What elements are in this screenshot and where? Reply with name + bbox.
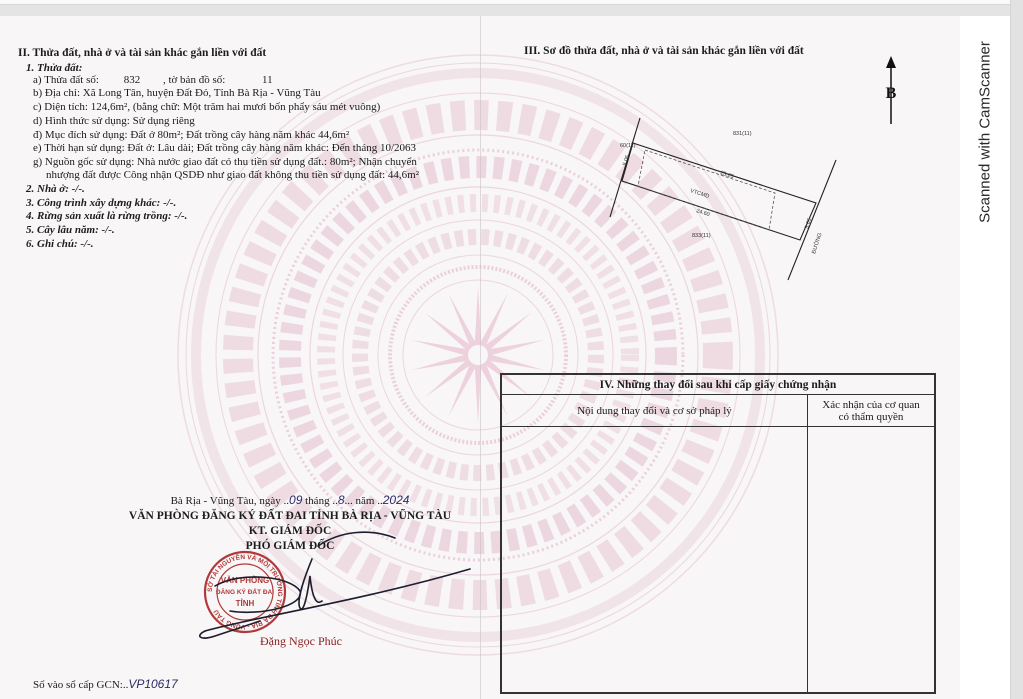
svg-text:25.25: 25.25 bbox=[719, 170, 734, 180]
col-authority-line-1: Xác nhận của cơ quan bbox=[808, 399, 934, 411]
col-authority-line-2: có thẩm quyền bbox=[808, 411, 934, 423]
col-change-content: Nội dung thay đổi và cơ sở pháp lý bbox=[501, 395, 808, 427]
change-content-cell bbox=[501, 427, 808, 694]
camscanner-watermark: Scanned with CamScanner bbox=[977, 41, 994, 223]
svg-text:5.05: 5.05 bbox=[622, 155, 631, 167]
svg-text:VTCMD: VTCMD bbox=[689, 188, 709, 200]
svg-text:833(11): 833(11) bbox=[692, 233, 711, 239]
svg-text:ĐƯỜNG: ĐƯỜNG bbox=[810, 232, 823, 255]
svg-text:5.05: 5.05 bbox=[804, 218, 813, 230]
viewer-edge bbox=[1010, 0, 1023, 699]
svg-text:60(11): 60(11) bbox=[620, 143, 636, 149]
changes-table: IV. Những thay đổi sau khi cấp giấy chứn… bbox=[500, 373, 936, 694]
col-authority-confirmation: Xác nhận của cơ quan có thẩm quyền bbox=[808, 395, 936, 427]
svg-text:831(11): 831(11) bbox=[733, 131, 752, 137]
authority-confirmation-cell bbox=[808, 427, 936, 694]
section-iv-title: IV. Những thay đổi sau khi cấp giấy chứn… bbox=[501, 374, 935, 395]
certificate-page: II. Thửa đất, nhà ở và tài sản khác gắn … bbox=[0, 16, 960, 699]
top-strip bbox=[0, 0, 1010, 5]
